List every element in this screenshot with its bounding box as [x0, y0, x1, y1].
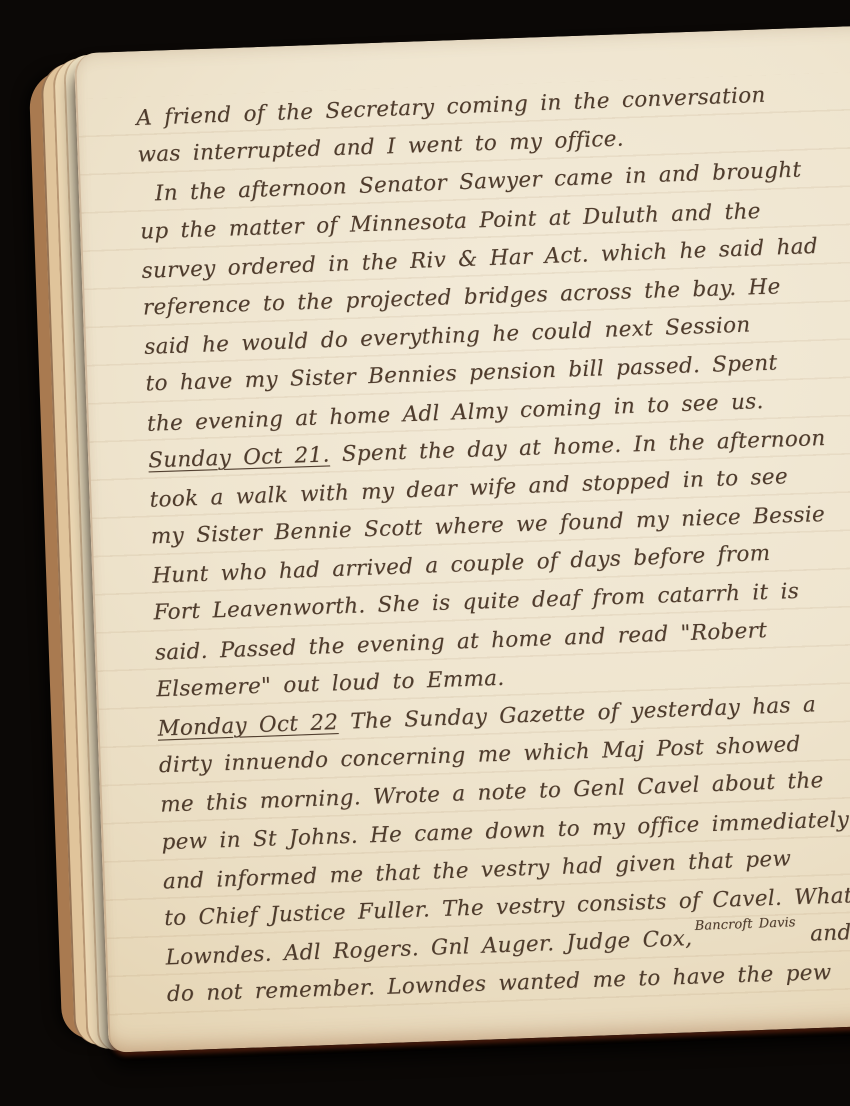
handwriting-text: and some others I — [798, 914, 850, 947]
interlinear-insertion: Bancroft Davis — [695, 923, 796, 927]
handwritten-text: A friend of the Secretary coming in the … — [136, 74, 850, 1031]
journal-book: A friend of the Secretary coming in the … — [28, 26, 850, 1055]
date-heading: Monday Oct 22 — [157, 710, 339, 742]
journal-page: A friend of the Secretary coming in the … — [74, 26, 850, 1053]
date-heading: Sunday Oct 21. — [148, 442, 330, 473]
handwriting-text: Elsemere" out loud to Emma. — [156, 666, 505, 703]
